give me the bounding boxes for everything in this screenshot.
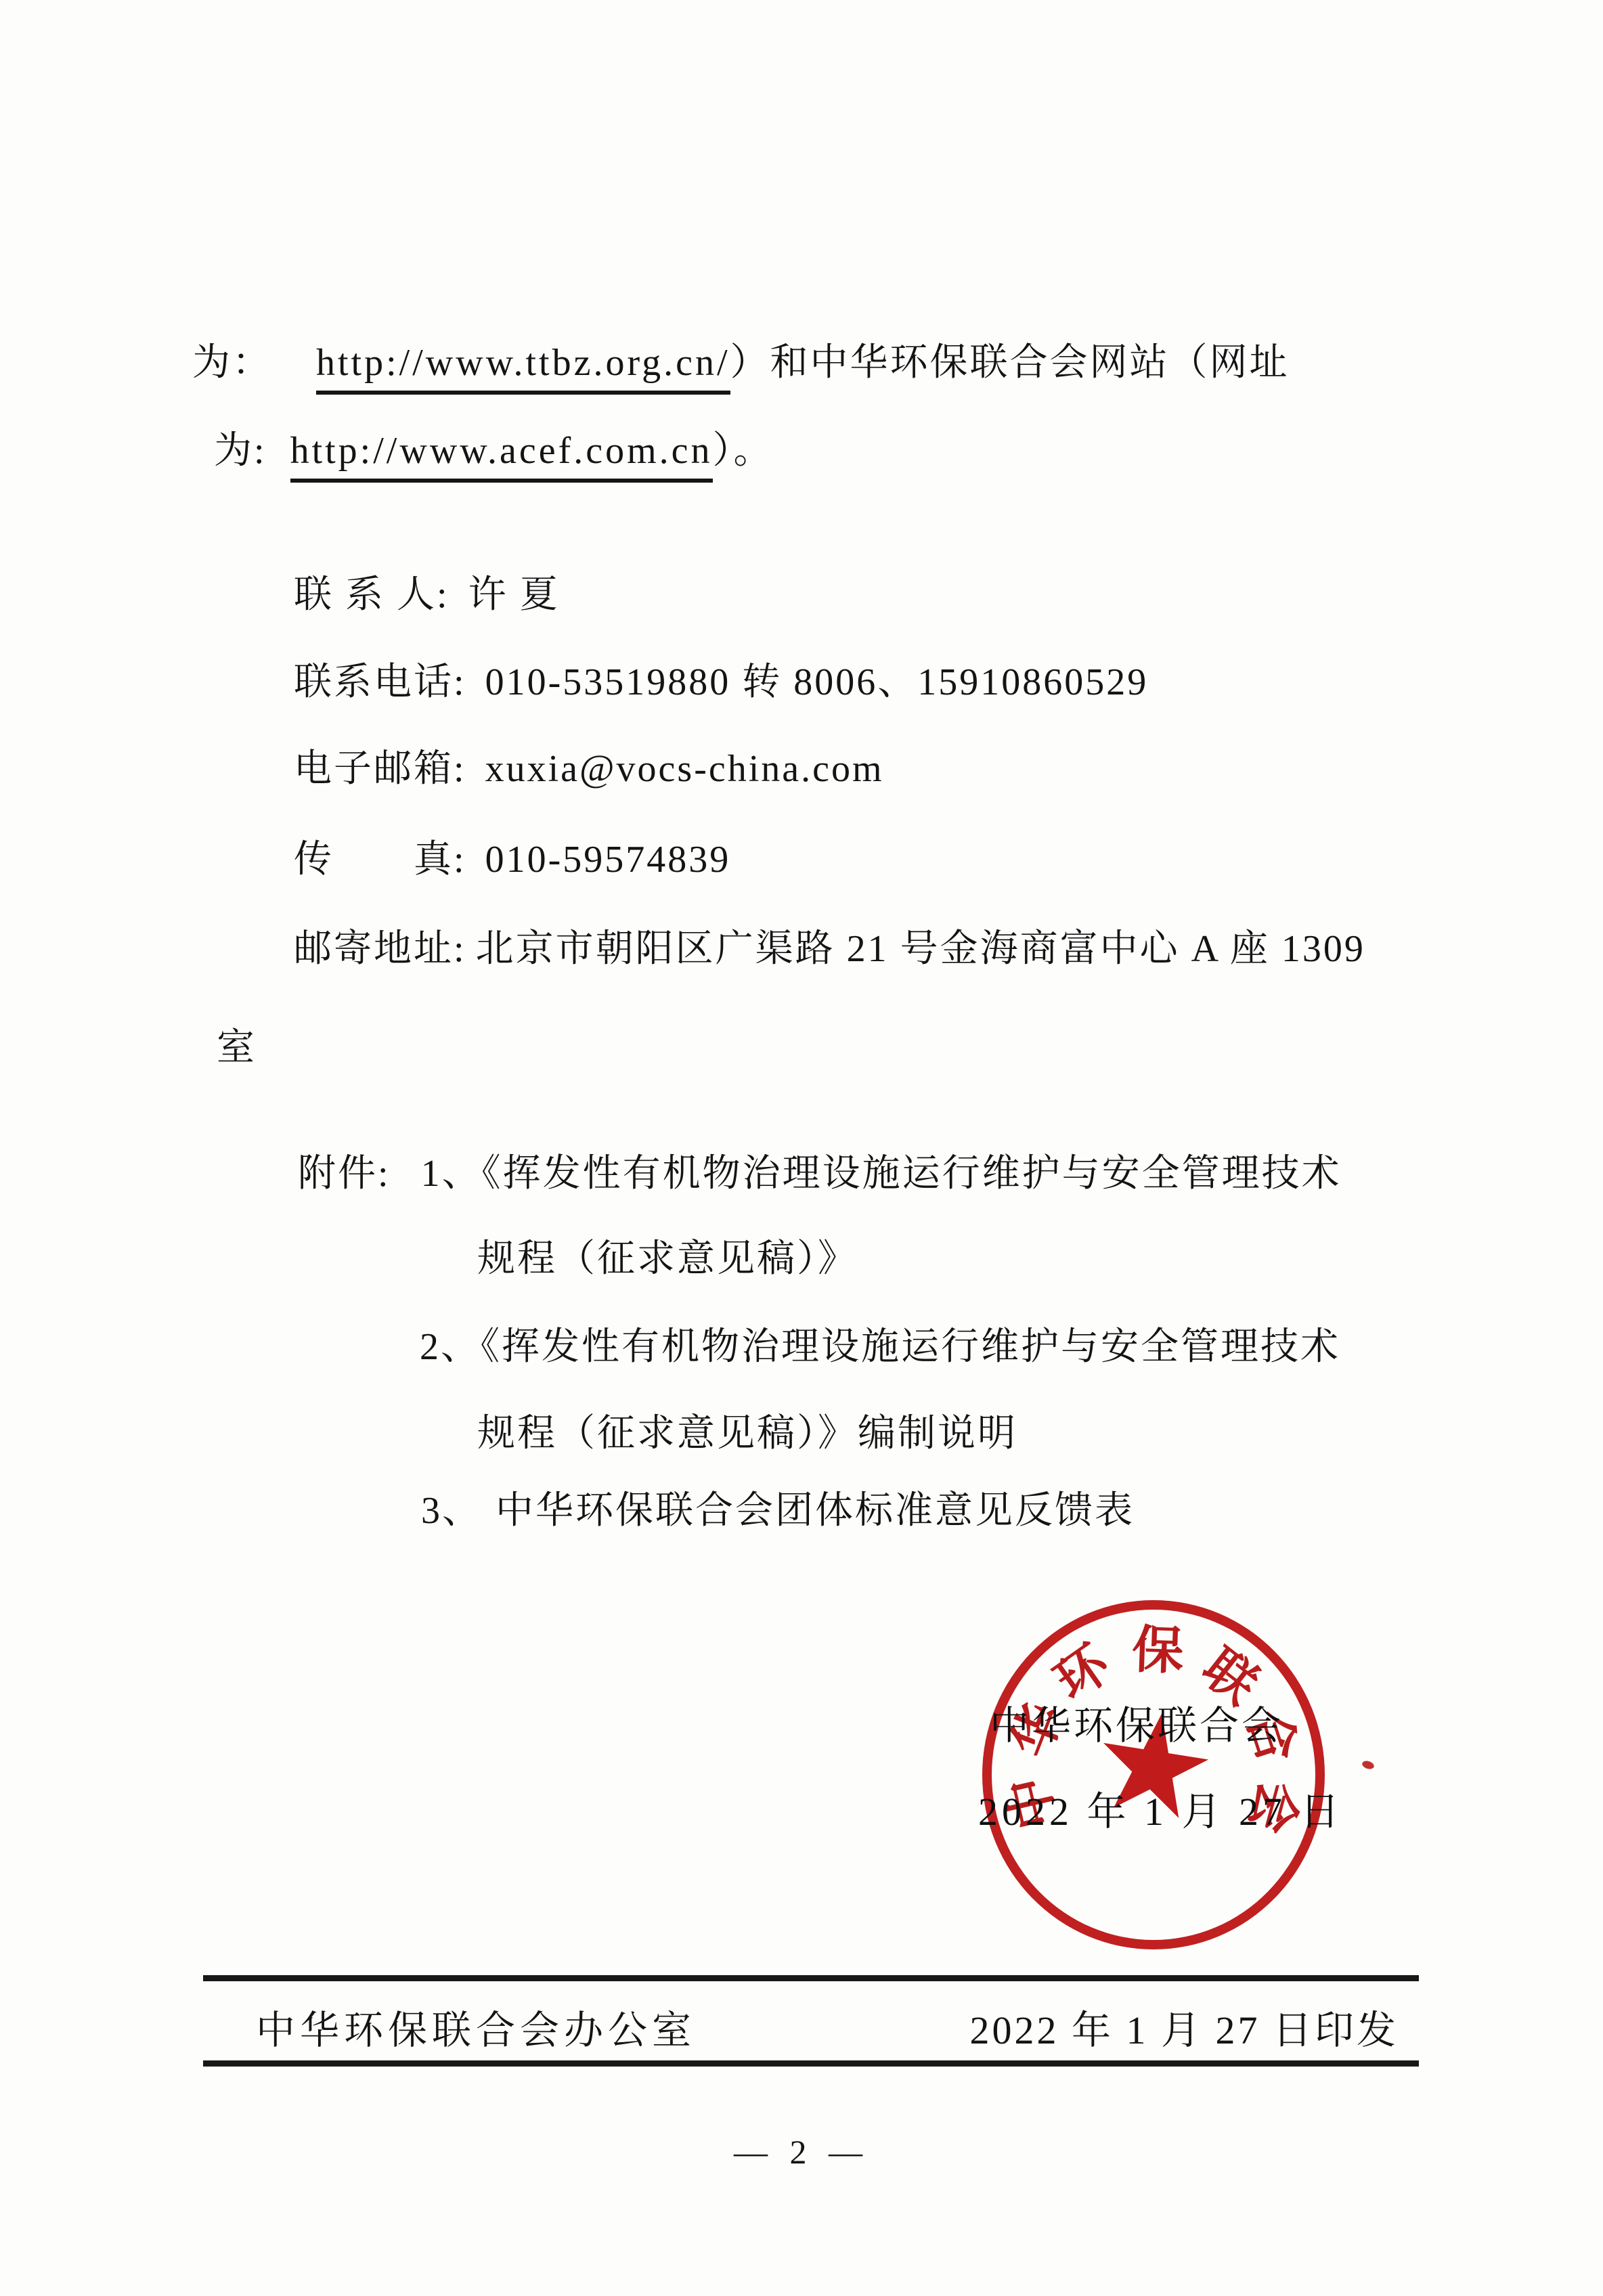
contact-phone-value: 010-53519880 转 8006、15910860529 (485, 661, 1149, 703)
intro-line-1-prefix: 为： (192, 342, 272, 384)
signature-org-name: 中华环保联合会 (990, 1702, 1283, 1750)
contact-address-line: 邮寄地址:北京市朝阳区广渠路 21 号金海商富中心 A 座 1309 (294, 925, 1365, 973)
contact-fax-label: 传 真: (294, 839, 466, 881)
attachment-2-title-wrap: 规程（征求意见稿）》编制说明 (477, 1413, 1017, 1455)
ttbz-url-link[interactable]: http://www.ttbz.org.cn/ (316, 338, 730, 395)
contact-person-value: 许 夏 (468, 574, 560, 616)
footer-print-date: 2022 年 1 月 27 日印发 (969, 1998, 1399, 2055)
contact-email-line: 电子邮箱:xuxia@vocs-china.com (294, 745, 884, 793)
attachment-1-number: 1、 (421, 1153, 482, 1195)
attachment-1-title: 《挥发性有机物治理设施运行维护与安全管理技术 (482, 1153, 1342, 1195)
intro-line-1: 为：http://www.ttbz.org.cn/）和中华环保联合会网站（网址 (192, 338, 1290, 395)
attachment-line-3: 3、中华环保联合会团体标准意见反馈表 (421, 1486, 1135, 1535)
contact-phone-line: 联系电话:010-53519880 转 8006、15910860529 (294, 658, 1148, 707)
attachment-3-number: 3、 (421, 1490, 482, 1532)
intro-line-2-prefix: 为: (214, 430, 267, 472)
attachment-line-1: 附件:1、《挥发性有机物治理设施运行维护与安全管理技术 (298, 1149, 1342, 1198)
contact-address-value: 北京市朝阳区广渠路 21 号金海商富中心 A 座 1309 (476, 928, 1365, 970)
seal-ink-speck (1361, 1759, 1376, 1770)
contact-person-line: 联 系 人:许 夏 (294, 571, 560, 619)
intro-line-2: 为:http://www.acef.com.cn）。 (214, 426, 774, 483)
contact-phone-label: 联系电话: (294, 661, 466, 703)
seal-arc-char: 保 (1131, 1625, 1185, 1678)
attachments-label: 附件: (298, 1153, 391, 1195)
contact-address-overflow: 室 (217, 1027, 257, 1069)
attachment-1-title-wrap: 规程（征求意见稿）》 (477, 1238, 858, 1280)
attachment-2-title: 《挥发性有机物治理设施运行维护与安全管理技术 (481, 1326, 1340, 1368)
attachment-line-1-wrap: 规程（征求意见稿）》 (477, 1235, 858, 1283)
footer-rule-bottom (203, 2060, 1419, 2067)
footer-rule-top (203, 1975, 1419, 1981)
contact-address-overflow-line: 室 (217, 1023, 257, 1072)
page-number: — 2 — (0, 2132, 1603, 2171)
contact-person-label: 联 系 人: (294, 574, 449, 616)
acef-url-link[interactable]: http://www.acef.com.cn (290, 426, 713, 483)
scanned-document-page: { "page": { "number_label": "— 2 —", "ba… (0, 0, 1603, 2296)
attachment-3-title: 中华环保联合会团体标准意见反馈表 (496, 1490, 1135, 1532)
attachment-2-number: 2、 (420, 1326, 481, 1368)
intro-line-1-suffix: ）和中华环保联合会网站（网址 (730, 342, 1290, 384)
attachment-line-2-wrap: 规程（征求意见稿）》编制说明 (477, 1409, 1017, 1458)
contact-email-value: xuxia@vocs-china.com (485, 748, 884, 790)
official-seal: 中 华 环 保 联 合 会 ★ (982, 1600, 1325, 1949)
attachment-line-2: 2、《挥发性有机物治理设施运行维护与安全管理技术 (420, 1323, 1340, 1371)
contact-fax-value: 010-59574839 (485, 839, 731, 881)
contact-address-label: 邮寄地址: (294, 928, 466, 970)
contact-email-label: 电子邮箱: (294, 748, 466, 790)
contact-fax-line: 传 真:010-59574839 (294, 835, 730, 884)
intro-line-2-suffix: ）。 (713, 430, 774, 472)
signature-date: 2022 年 1 月 27 日 (978, 1788, 1344, 1836)
footer-office-name: 中华环保联合会办公室 (256, 1998, 696, 2055)
